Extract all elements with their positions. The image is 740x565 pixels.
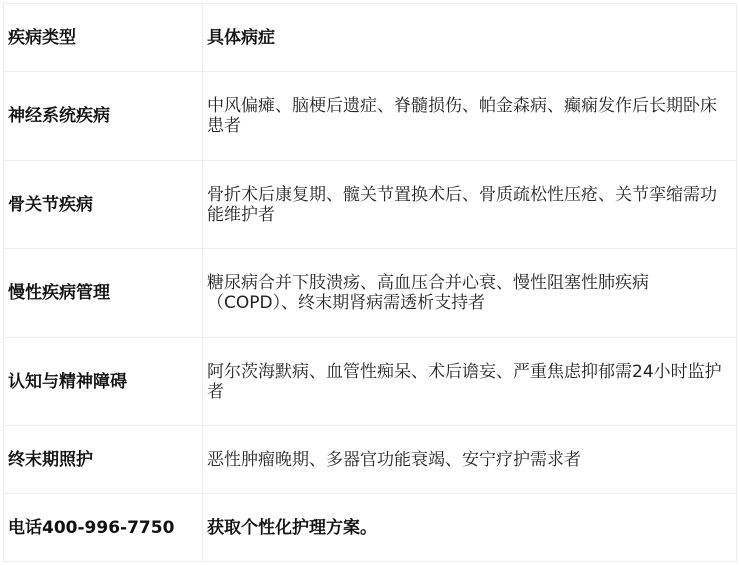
category-cell: 神经系统疾病 [4,72,203,161]
table-row: 神经系统疾病 中风偏瘫、脑梗后遗症、脊髓损伤、帕金森病、癫痫发作后长期卧床患者 [4,72,737,161]
conditions-cell: 骨折术后康复期、髋关节置换术后、骨质疏松性压疮、关节挛缩需功能维护者 [203,161,737,249]
cta-text: 获取个性化护理方案。 [203,494,737,562]
category-cell: 认知与精神障碍 [4,338,203,426]
category-cell: 慢性疾病管理 [4,249,203,338]
table-row: 慢性疾病管理 糖尿病合并下肢溃疡、高血压合并心衰、慢性阻塞性肺疾病（COPD）、… [4,249,737,338]
category-cell: 骨关节疾病 [4,161,203,249]
conditions-cell: 糖尿病合并下肢溃疡、高血压合并心衰、慢性阻塞性肺疾病（COPD）、终末期肾病需透… [203,249,737,338]
conditions-cell: 恶性肿瘤晚期、多器官功能衰竭、安宁疗护需求者 [203,426,737,494]
header-disease-type: 疾病类型 [4,4,203,72]
contact-row: 电话400-996-7750 获取个性化护理方案。 [4,494,737,562]
category-cell: 终末期照护 [4,426,203,494]
table-row: 终末期照护 恶性肿瘤晚期、多器官功能衰竭、安宁疗护需求者 [4,426,737,494]
conditions-cell: 中风偏瘫、脑梗后遗症、脊髓损伤、帕金森病、癫痫发作后长期卧床患者 [203,72,737,161]
disease-care-table: 疾病类型 具体病症 神经系统疾病 中风偏瘫、脑梗后遗症、脊髓损伤、帕金森病、癫痫… [3,3,737,562]
table-header-row: 疾病类型 具体病症 [4,4,737,72]
contact-phone: 电话400-996-7750 [4,494,203,562]
table-row: 骨关节疾病 骨折术后康复期、髋关节置换术后、骨质疏松性压疮、关节挛缩需功能维护者 [4,161,737,249]
table-row: 认知与精神障碍 阿尔茨海默病、血管性痴呆、术后谵妄、严重焦虑抑郁需24小时监护者 [4,338,737,426]
header-specific-conditions: 具体病症 [203,4,737,72]
conditions-cell: 阿尔茨海默病、血管性痴呆、术后谵妄、严重焦虑抑郁需24小时监护者 [203,338,737,426]
